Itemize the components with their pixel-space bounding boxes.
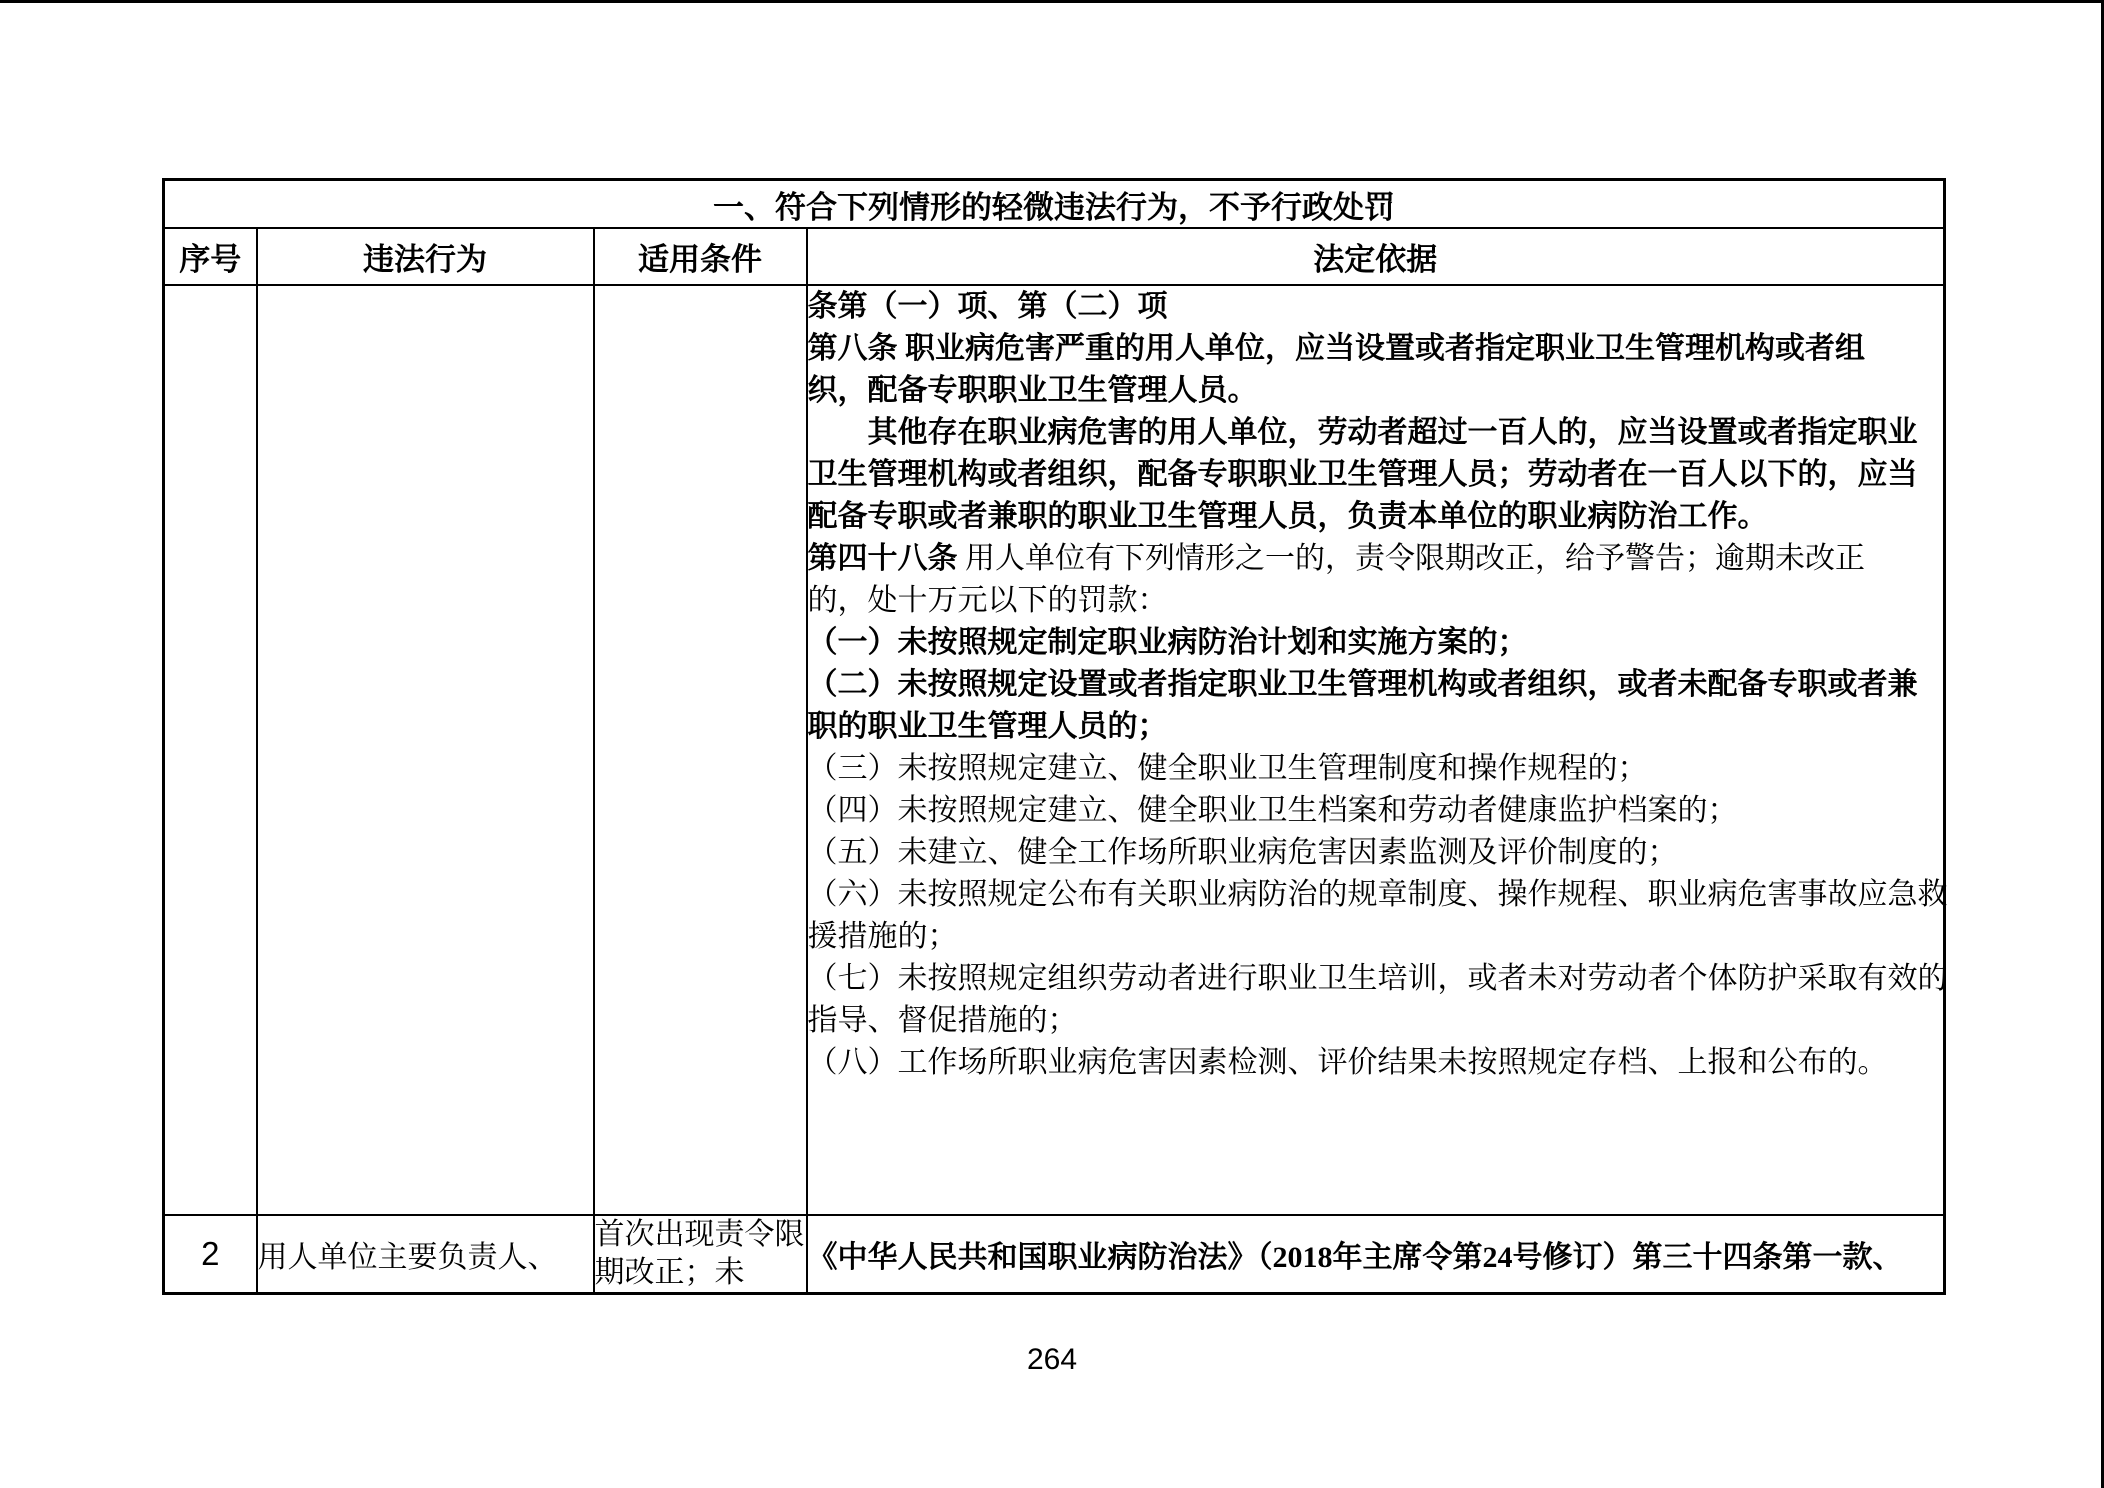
legal-text-line: （六）未按照规定公布有关职业病防治的规章制度、操作规程、职业病危害事故应急救 — [808, 874, 1944, 916]
legal-text-bold-segment: 配备专职或者兼职的职业卫生管理人员，负责本单位的职业病防治工作。 — [808, 500, 1768, 533]
legal-text-bold-segment: 织，配备专职职业卫生管理人员。 — [808, 374, 1258, 407]
legal-text-line: 第四十八条 用人单位有下列情形之一的，责令限期改正，给予警告；逾期未改正 — [808, 538, 1944, 580]
legal-text-bold-segment: 第八条 职业病危害严重的用人单位，应当设置或者指定职业卫生管理机构或者组 — [808, 332, 1866, 365]
header-condition: 适用条件 — [594, 228, 807, 285]
legal-text-line: （七）未按照规定组织劳动者进行职业卫生培训，或者未对劳动者个体防护采取有效的 — [808, 958, 1944, 1000]
legal-text-line: （三）未按照规定建立、健全职业卫生管理制度和操作规程的； — [808, 748, 1944, 790]
legal-text-line: 的，处十万元以下的罚款： — [808, 580, 1944, 622]
legal-text-line: 第八条 职业病危害严重的用人单位，应当设置或者指定职业卫生管理机构或者组 — [808, 328, 1944, 370]
legal-text-bold-segment: 条第（一）项、第（二）项 — [808, 290, 1168, 323]
table-header-row: 序号 违法行为 适用条件 法定依据 — [164, 228, 1945, 285]
legal-text-line: （四）未按照规定建立、健全职业卫生档案和劳动者健康监护档案的； — [808, 790, 1944, 832]
header-seq: 序号 — [164, 228, 257, 285]
legal-text-bold-segment: （二）未按照规定设置或者指定职业卫生管理机构或者组织，或者未配备专职或者兼 — [808, 668, 1918, 701]
row2-condition-cell: 首次出现责令限期改正；未 — [594, 1215, 807, 1294]
table-title: 一、符合下列情形的轻微违法行为，不予行政处罚 — [164, 180, 1945, 229]
legal-text-segment: 的，处十万元以下的罚款： — [808, 584, 1168, 617]
legal-text-line: （五）未建立、健全工作场所职业病危害因素监测及评价制度的； — [808, 832, 1944, 874]
header-behavior: 违法行为 — [257, 228, 594, 285]
row1-legal-basis-cell: 条第（一）项、第（二）项第八条 职业病危害严重的用人单位，应当设置或者指定职业卫… — [807, 285, 1945, 1215]
legal-text-segment: （三）未按照规定建立、健全职业卫生管理制度和操作规程的； — [808, 752, 1648, 785]
page-number: 264 — [0, 1343, 2104, 1377]
legal-text-line: 指导、督促措施的； — [808, 1000, 1944, 1042]
legal-text-bold-segment: 第四十八条 — [808, 542, 958, 575]
row1-condition-cell — [594, 285, 807, 1215]
legal-text-line: （八）工作场所职业病危害因素检测、评价结果未按照规定存档、上报和公布的。 — [808, 1042, 1944, 1084]
legal-text-segment: （七）未按照规定组织劳动者进行职业卫生培训，或者未对劳动者个体防护采取有效的 — [808, 962, 1948, 995]
legal-text-segment: 指导、督促措施的； — [808, 1004, 1078, 1037]
table-row-2: 2 用人单位主要负责人、 首次出现责令限期改正；未 《中华人民共和国职业病防治法… — [164, 1215, 1945, 1294]
page-edge-top-line — [0, 0, 2104, 3]
row1-behavior-cell — [257, 285, 594, 1215]
legal-text-segment: （八）工作场所职业病危害因素检测、评价结果未按照规定存档、上报和公布的。 — [808, 1046, 1888, 1079]
legal-text-bold-segment: （一）未按照规定制定职业病防治计划和实施方案的； — [808, 626, 1528, 659]
legal-text-line: 其他存在职业病危害的用人单位，劳动者超过一百人的，应当设置或者指定职业 — [808, 412, 1944, 454]
legal-text-line: 配备专职或者兼职的职业卫生管理人员，负责本单位的职业病防治工作。 — [808, 496, 1944, 538]
legal-text-bold-segment: 卫生管理机构或者组织，配备专职职业卫生管理人员；劳动者在一百人以下的，应当 — [808, 458, 1918, 491]
legal-text-line: （一）未按照规定制定职业病防治计划和实施方案的； — [808, 622, 1944, 664]
legal-text-bold-segment: 其他存在职业病危害的用人单位，劳动者超过一百人的，应当设置或者指定职业 — [868, 416, 1918, 449]
row2-seq-cell: 2 — [164, 1215, 257, 1294]
legal-text-segment: （六）未按照规定公布有关职业病防治的规章制度、操作规程、职业病危害事故应急救 — [808, 878, 1948, 911]
row2-behavior-cell: 用人单位主要负责人、 — [257, 1215, 594, 1294]
legal-text-line: 织，配备专职职业卫生管理人员。 — [808, 370, 1944, 412]
header-basis: 法定依据 — [807, 228, 1945, 285]
legal-text-line: 卫生管理机构或者组织，配备专职职业卫生管理人员；劳动者在一百人以下的，应当 — [808, 454, 1944, 496]
legal-text-segment: 援措施的； — [808, 920, 958, 953]
row2-legal-basis-cell: 《中华人民共和国职业病防治法》（2018年主席令第24号修订）第三十四条第一款、 — [807, 1215, 1945, 1294]
legal-text-line: 条第（一）项、第（二）项 — [808, 286, 1944, 328]
violation-table: 一、符合下列情形的轻微违法行为，不予行政处罚 序号 违法行为 适用条件 法定依据… — [162, 178, 1946, 1295]
legal-text-segment: 用人单位有下列情形之一的，责令限期改正，给予警告；逾期未改正 — [958, 542, 1866, 575]
legal-text-line: （二）未按照规定设置或者指定职业卫生管理机构或者组织，或者未配备专职或者兼 — [808, 664, 1944, 706]
legal-text-line: 援措施的； — [808, 916, 1944, 958]
table-row-continued: 条第（一）项、第（二）项第八条 职业病危害严重的用人单位，应当设置或者指定职业卫… — [164, 285, 1945, 1215]
legal-text-line: 职的职业卫生管理人员的； — [808, 706, 1944, 748]
row1-seq-cell — [164, 285, 257, 1215]
table-title-row: 一、符合下列情形的轻微违法行为，不予行政处罚 — [164, 180, 1945, 229]
legal-text-segment: （五）未建立、健全工作场所职业病危害因素监测及评价制度的； — [808, 836, 1678, 869]
legal-text-segment: （四）未按照规定建立、健全职业卫生档案和劳动者健康监护档案的； — [808, 794, 1738, 827]
legal-text-bold-segment: 职的职业卫生管理人员的； — [808, 710, 1168, 743]
